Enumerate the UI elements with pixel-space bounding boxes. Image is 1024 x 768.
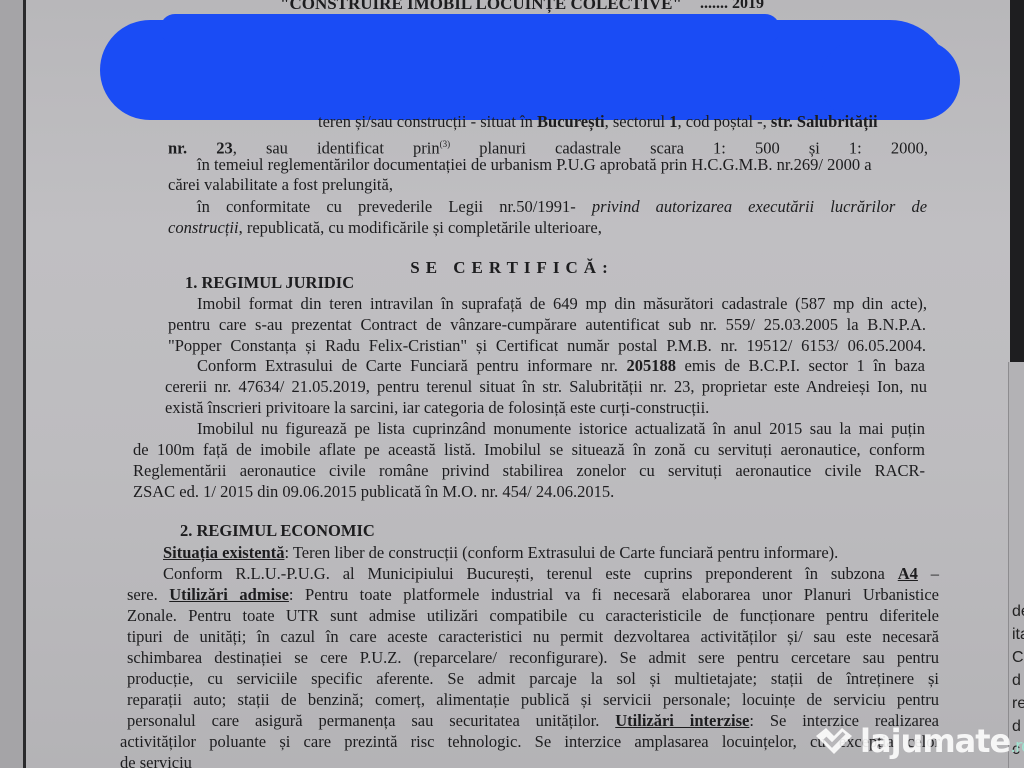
text-line: Imobilul nu figurează pe lista cuprinzân… <box>197 419 925 439</box>
adjacent-text-fragment: ita <box>1012 623 1024 646</box>
text-line: schimbarea destinației se cere P.U.Z. (r… <box>127 648 939 668</box>
header-line: "CONSTRUIRE IMOBIL LOCUINȚE COLECTIVE" <box>170 0 682 14</box>
text-line: există înscrieri privitoare la sarcini, … <box>165 398 709 418</box>
text-line: în conformitate cu prevederile Legii nr.… <box>197 197 927 217</box>
text-line: în temeiul reglementărilor documentației… <box>197 155 872 175</box>
adjacent-text-fragment: re <box>1012 692 1024 715</box>
text-line: ZSAC ed. 1/ 2015 din 09.06.2015 publicat… <box>133 482 614 502</box>
text-line: Zonale. Pentru toate UTR sunt admise uti… <box>127 606 939 626</box>
header-date: ....... 2019 <box>700 0 764 14</box>
text-line: cărei valabilitate a fost prelungită, <box>168 175 393 195</box>
adjacent-text-fragment: C <box>1012 646 1024 669</box>
text-line: Conform R.L.U.-P.U.G. al Municipiului Bu… <box>163 564 939 584</box>
text-line: producție, cu serviciile specific aferen… <box>127 669 939 689</box>
left-margin <box>0 0 24 768</box>
heart-check-icon <box>812 722 856 758</box>
certify-heading: SE CERTIFICĂ: <box>0 258 1024 278</box>
text-line: Reglementării aeronautice civile române … <box>133 461 925 481</box>
text-line: reparații auto; stații de benzină; comer… <box>127 690 939 710</box>
adjacent-text-fragment: d <box>1012 669 1024 692</box>
watermark: lajumate.ro <box>860 722 1024 760</box>
background-dark-strip <box>1010 0 1024 362</box>
text-line: cererii nr. 47634/ 21.05.2019, pentru te… <box>165 377 927 397</box>
text-line: Imobil format din teren intravilan în su… <box>197 294 927 314</box>
text-line: teren și/sau construcții - situat în Buc… <box>318 112 878 132</box>
text-line: de 100m față de imobile aflate pe aceast… <box>133 440 925 460</box>
text-line: Conform Extrasului de Carte Funciară pen… <box>197 356 925 376</box>
redaction-mark-right <box>820 40 960 120</box>
text-line: Situația existentă: Teren liber de const… <box>163 543 838 563</box>
text-line: sere. Utilizări admise: Pentru toate pla… <box>127 585 939 605</box>
text-line: de serviciu <box>120 753 192 768</box>
text-line: tipuri de unități; în cazul în care aces… <box>127 627 939 647</box>
text-line: "Popper Constanța și Radu Felix-Cristian… <box>168 336 926 356</box>
text-line: construcții, republicată, cu modificăril… <box>168 218 602 238</box>
section1-title: 1. REGIMUL JURIDIC <box>185 273 354 293</box>
section2-title: 2. REGIMUL ECONOMIC <box>180 521 375 541</box>
adjacent-text-fragment: de <box>1012 600 1024 623</box>
redaction-mark-top <box>160 14 780 44</box>
text-line: pentru care s-au prezentat Contract de v… <box>168 315 926 335</box>
